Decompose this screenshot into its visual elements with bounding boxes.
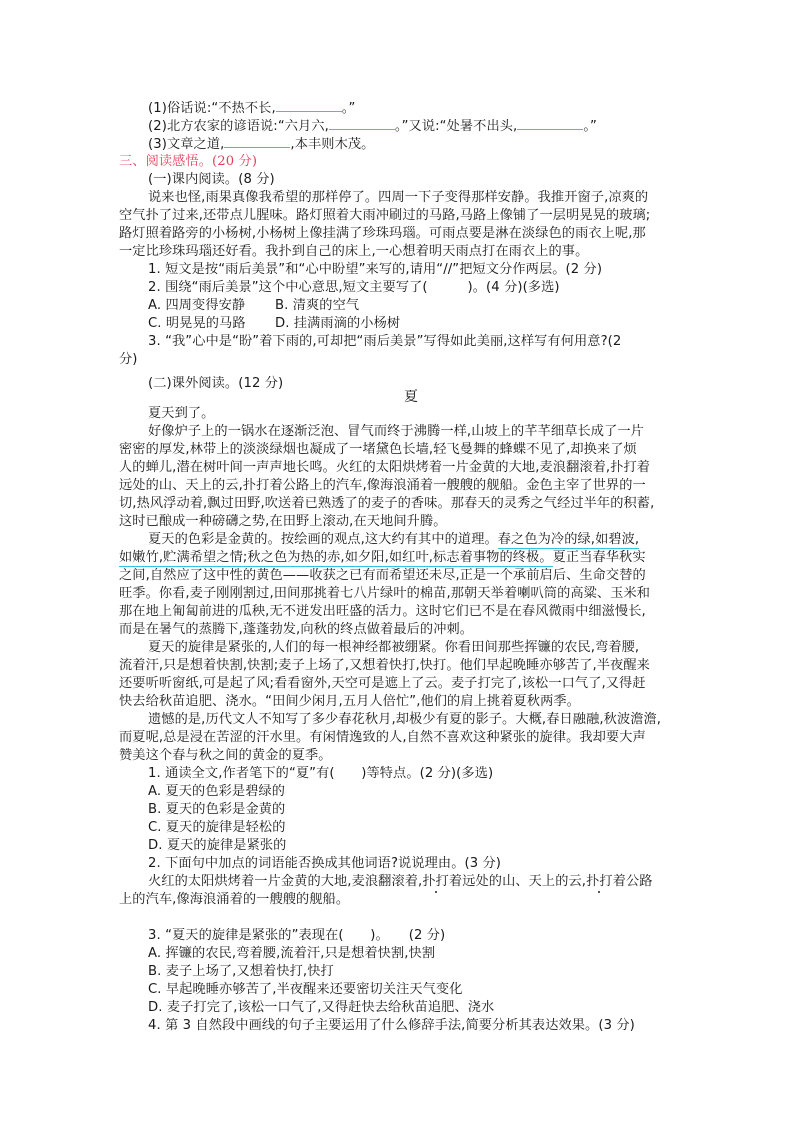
dotted-word: 扑打	[586, 874, 613, 889]
article-line: 远处的山、天上的云,扑打着公路上的汽车,像海浪涌着一艘艘的舰船。金色主宰了世界的…	[119, 477, 646, 495]
article-line: 这时已酿成一种磅礴之势,在田野上滚动,在天地间升腾。	[119, 513, 446, 531]
fill-in-q3: (3)文章之道,,本丰则木茂。	[148, 135, 374, 154]
sentence-part: 火红的太阳烘烤着一片金黄的大地,麦浪翻滚着,	[148, 874, 422, 889]
sentence-part: 着远处的山、天上的云,	[449, 874, 586, 889]
q3-suffix: ,本丰则木茂。	[290, 137, 374, 152]
article-line: 旺季。你看,麦子刚刚割过,田间那挑着七八片绿叶的棉苗,那朝天举着喇叭筒的高粱、玉…	[119, 585, 650, 603]
q1-prefix: (1)俗话说:“不热不长,	[148, 101, 276, 116]
q2-prefix: (2)北方农家的谚语说:“六月六,	[148, 119, 329, 134]
article-line: 还要听听窗纸,可是起了风;看看窗外,天空可是遮上了云。麦子打完了,该松一口气了,…	[119, 675, 646, 693]
part2-question-2: 2. 下面句中加点的词语能否换成其他词语?说说理由。(3 分)	[148, 855, 501, 873]
q2-suffix: 。”	[583, 119, 597, 134]
article-line: 而是在暑气的蒸腾下,蓬蓬勃发,向秋的终点做着最后的冲刺。	[119, 621, 473, 639]
part1-question-3-cont: 分)	[119, 351, 138, 369]
p3-plain-text: 夏天的色彩是金黄的。按绘画的观点,这大约有其中的道理。	[148, 532, 498, 547]
answer-blank[interactable]	[517, 117, 583, 130]
article-line: 切,热风浮动着,飘过田野,吹送着已熟透了的麦子的香味。那春天的灵秀之气经过半年的…	[119, 495, 654, 513]
dotted-word: 扑打	[422, 874, 449, 889]
option-b[interactable]: B. 麦子上场了,又想着快打,快打	[148, 963, 334, 981]
article-line: 好像炉子上的一锅水在逐渐泛泡、冒气而终于沸腾一样,山坡上的芊芊细草长成了一片	[148, 423, 644, 441]
passage1-line: 一定比珍珠玛瑙还好看。我扑到自己的床上,一心想着明天雨点打在雨衣上的事。	[119, 243, 588, 261]
article-line: 赞美这个春与秋之间的黄金的夏季。	[119, 747, 332, 765]
article-line: 流着汗,只是想着快割,快割;麦子上场了,又想着快打,快打。他们早起晚睡亦够苦了,…	[119, 657, 650, 675]
article-line: 之间,自然应了这中性的黄色——收获之已有而希望还未尽,正是一个承前启后、生命交替…	[119, 567, 646, 585]
answer-blank[interactable]	[329, 117, 395, 130]
passage1-line: 说来也怪,雨果真像我希望的那样停了。四周一下子变得那样安静。我推开窗子,凉爽的	[148, 189, 648, 207]
article-paragraph-1: 夏天到了。	[148, 405, 214, 423]
section-heading: 三、阅读感悟。(20 分)	[119, 153, 257, 171]
q2-mid: 。”又说:“处暑不出头,	[395, 119, 517, 134]
p3-plain-text: 夏正当春华秋实	[553, 550, 646, 565]
article-line: 那在地上匍匐前进的瓜秧,无不迸发出旺盛的活力。这时它们已不是在春风微雨中细滋慢长…	[119, 603, 646, 621]
underlined-sentence: 春之色为冷的绿,如碧波,	[498, 532, 639, 549]
part1-question-1: 1. 短文是按“雨后美景”和“心中盼望”来写的,请用“//”把短文分作两层。(2…	[148, 261, 602, 279]
part1-heading: (一)课内阅读。(8 分)	[148, 171, 275, 189]
passage1-line: 路灯照着路旁的小杨树,小杨树上像挂满了珍珠玛瑙。可雨点要是淋在淡绿色的雨衣上呢,…	[119, 225, 646, 243]
q1-suffix: 。”	[342, 101, 356, 116]
article-line: 夏天的色彩是金黄的。按绘画的观点,这大约有其中的道理。春之色为冷的绿,如碧波,	[148, 531, 639, 549]
quoted-sentence-cont: 上的汽车,像海浪涌着的一艘艘的舰船。	[119, 891, 349, 909]
option-d[interactable]: D. 挂满雨滴的小杨树	[275, 315, 400, 333]
article-line: 快去给秋苗追肥、浇水。“田间少闲月,五月人倍忙”,他们的肩上挑着夏秋两季。	[119, 693, 580, 711]
option-c[interactable]: C. 明晃晃的马路	[148, 315, 246, 333]
q3-prefix: (3)文章之道,	[148, 137, 224, 152]
sentence-part: 着公路	[613, 874, 653, 889]
fill-in-q1: (1)俗话说:“不热不长,。”	[148, 99, 355, 118]
option-b[interactable]: B. 夏天的色彩是金黄的	[148, 801, 285, 819]
article-line: 如嫩竹,贮满希望之情;秋之色为热的赤,如夕阳,如红叶,标志着事物的终极。夏正当春…	[119, 549, 646, 567]
fill-in-q2: (2)北方农家的谚语说:“六月六,。”又说:“处暑不出头,。”	[148, 117, 597, 136]
article-line: 遗憾的是,历代文人不知写了多少春花秋月,却极少有夏的影子。大概,春日融融,秋波澹…	[148, 711, 661, 729]
option-d[interactable]: D. 麦子打完了,该松一口气了,又得赶快去给秋苗追肥、浇水	[148, 999, 494, 1017]
part2-heading: (二)课外阅读。(12 分)	[148, 375, 283, 393]
option-b[interactable]: B. 清爽的空气	[275, 297, 359, 315]
article-line: 密密的厚发,林带上的淡淡绿烟也凝成了一堵黛色长墙,轻飞曼舞的蜂蝶不见了,却换来了…	[119, 441, 637, 459]
answer-blank[interactable]	[276, 99, 342, 112]
article-line: 而夏呢,总是浸在苦涩的汗水里。有闲情逸致的人,自然不喜欢这种紧张的旋律。我却要大…	[119, 729, 646, 747]
option-a[interactable]: A. 挥镰的农民,弯着腰,流着汗,只是想着快割,快割	[148, 945, 435, 963]
option-c[interactable]: C. 夏天的旋律是轻松的	[148, 819, 285, 837]
option-a[interactable]: A. 四周变得安静	[148, 297, 245, 315]
part1-question-3: 3. “我”心中是“盼”着下雨的,可却把“雨后美景”写得如此美丽,这样写有何用意…	[148, 333, 621, 351]
part1-question-2: 2. 围绕“雨后美景”这个中心意思,短文主要写了( )。(4 分)(多选)	[148, 279, 560, 297]
underlined-sentence: 如嫩竹,贮满希望之情;秋之色为热的赤,如夕阳,如红叶,标志着事物的终极。	[119, 550, 553, 567]
quoted-sentence: 火红的太阳烘烤着一片金黄的大地,麦浪翻滚着,扑打着远处的山、天上的云,扑打着公路	[148, 873, 653, 891]
option-a[interactable]: A. 夏天的色彩是碧绿的	[148, 783, 285, 801]
part2-question-1: 1. 通读全文,作者笔下的“夏”有( )等特点。(2 分)(多选)	[148, 765, 493, 783]
part2-question-4: 4. 第 3 自然段中画线的句子主要运用了什么修辞手法,简要分析其表达效果。(3…	[148, 1017, 635, 1035]
part2-question-3: 3. “夏天的旋律是紧张的”表现在( )。 (2 分)	[148, 927, 445, 945]
article-line: 人的蝉儿,潜在树叶间一声声地长鸣。火红的太阳烘烤着一片金黄的大地,麦浪翻滚着,扑…	[119, 459, 650, 477]
answer-blank[interactable]	[224, 135, 290, 148]
option-c[interactable]: C. 早起晚睡亦够苦了,半夜醒来还要密切关注天气变化	[148, 981, 463, 999]
exam-page: (1)俗话说:“不热不长,。” (2)北方农家的谚语说:“六月六,。”又说:“处…	[0, 0, 793, 1122]
article-title: 夏	[404, 388, 418, 406]
article-line: 夏天的旋律是紧张的,人们的每一根神经都被绷紧。你看田间那些挥镰的农民,弯着腰,	[148, 639, 639, 657]
option-d[interactable]: D. 夏天的旋律是紧张的	[148, 837, 286, 855]
passage1-line: 空气扑了过来,还带点儿腥味。路灯照着大雨冲刷过的马路,马路上像铺了一层明晃晃的玻…	[119, 207, 650, 225]
